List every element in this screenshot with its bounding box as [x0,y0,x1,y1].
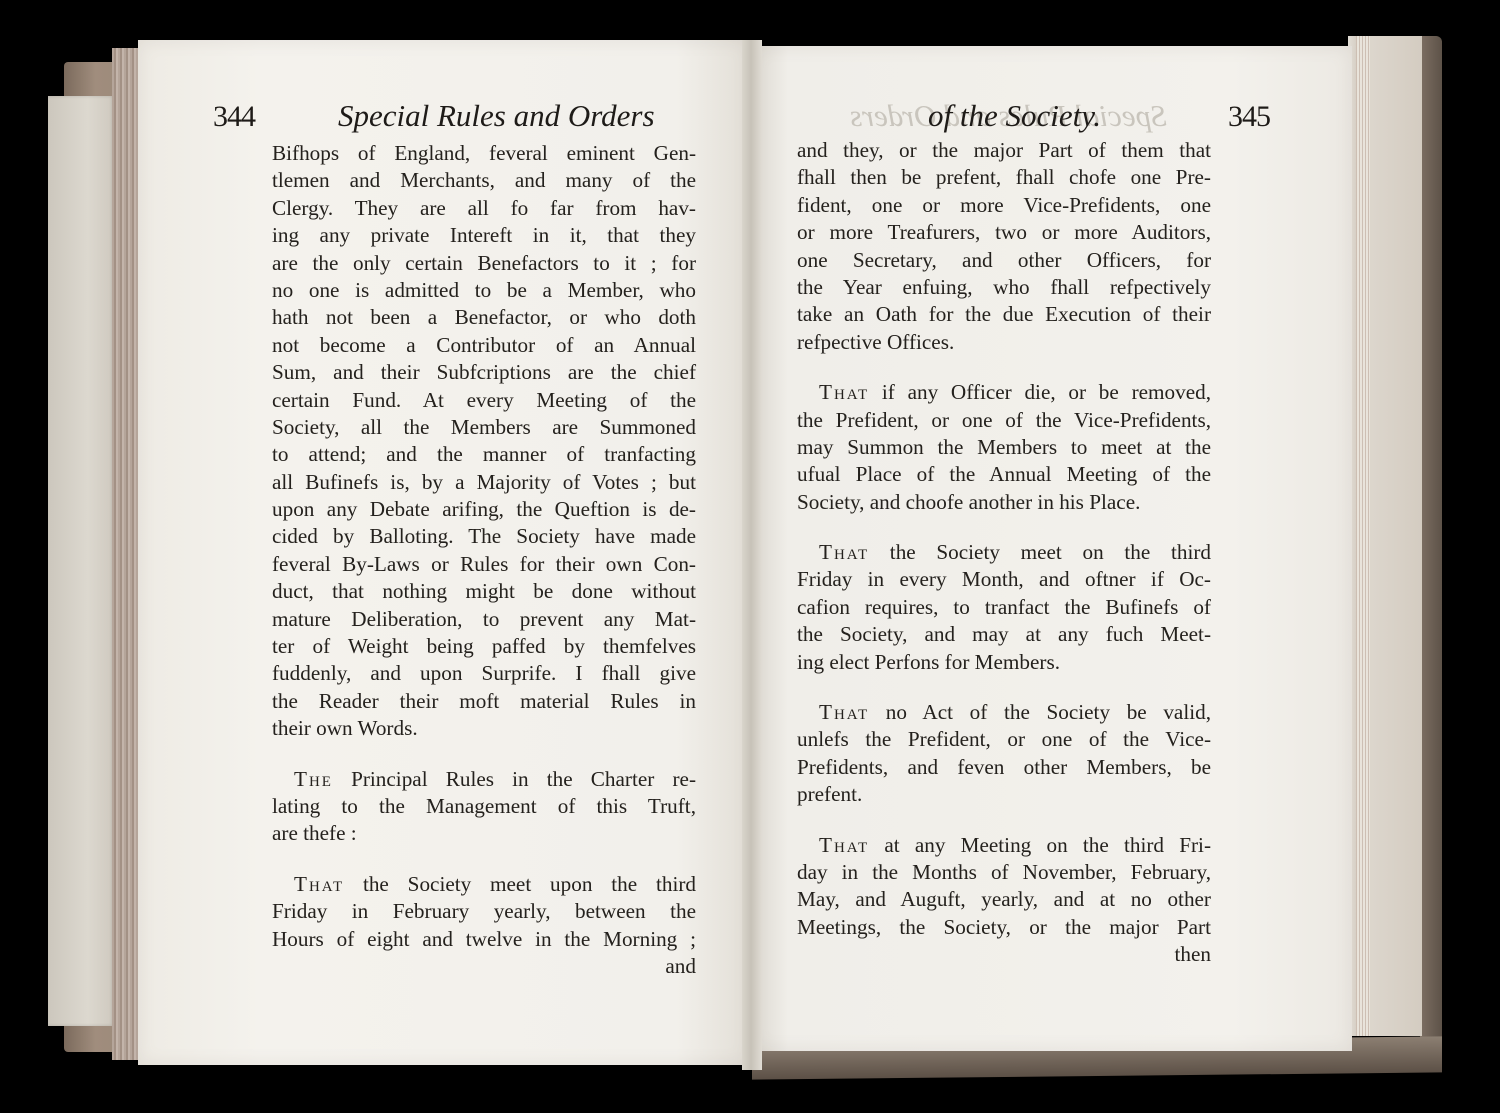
text-line: to attend; and the manner of tranfacting [272,441,696,468]
text-line: That the Society meet on the third [797,539,1211,566]
text-line: That at any Meeting on the third Fri- [797,832,1211,859]
text-line: refpective Offices. [797,329,1211,356]
gutter [742,40,762,1070]
text-line: day in the Months of November, February, [797,859,1211,886]
paragraph: That if any Officer die, or be removed, … [797,379,1211,516]
text-line: May, and Auguft, yearly, and at no other [797,886,1211,913]
text-line: cided by Balloting. The Society have mad… [272,523,696,550]
text-line: That the Society meet upon the third [272,871,696,898]
text-line: Meetings, the Society, or the major Part [797,914,1211,941]
text-run: Principal Rules in the Charter re- [333,767,696,791]
small-caps-lead: That [819,540,869,564]
text-run: if any Officer die, or be removed, [869,380,1211,404]
text-line: Bifhops of England, feveral eminent Gen- [272,140,696,167]
text-line: Hours of eight and twelve in the Morning… [272,926,696,953]
text-line: tlemen and Merchants, and many of the [272,167,696,194]
text-line: upon any Debate arifing, the Queftion is… [272,496,696,523]
text-line: the Prefident, or one of the Vice-Prefid… [797,407,1211,434]
paragraph: The Principal Rules in the Charter re- l… [272,766,696,848]
text-line: ing any private Intereft in it, that the… [272,222,696,249]
text-line: lating to the Management of this Truft, [272,793,696,820]
right-page-edges [1348,36,1422,1036]
text-line: the Society, and may at any fuch Meet- [797,621,1211,648]
text-line: cafion requires, to tranfact the Bufinef… [797,594,1211,621]
right-running-title: of the Society. [928,98,1101,134]
text-line: Sum, and their Subfcriptions are the chi… [272,359,696,386]
text-line: That if any Officer die, or be removed, [797,379,1211,406]
paragraph: That the Society meet upon the third Fri… [272,871,696,981]
text-line: unlefs the Prefident, or one of the Vice… [797,726,1211,753]
text-line: mature Deliberation, to prevent any Mat- [272,606,696,633]
text-line: Society, and choofe another in his Place… [797,489,1211,516]
small-caps-lead: The [294,767,333,791]
text-line: Friday in February yearly, between the [272,898,696,925]
left-text-block: Bifhops of England, feveral eminent Gen-… [272,140,696,980]
right-page-number: 345 [1228,100,1270,134]
text-line: and they, or the major Part of them that [797,137,1211,164]
text-line: fident, one or more Vice-Prefidents, one [797,192,1211,219]
text-run: no Act of the Society be valid, [869,700,1211,724]
catchword: and [272,953,696,980]
text-line: the Year enfuing, who fhall refpectively [797,274,1211,301]
left-page-number: 344 [213,100,255,134]
text-line: their own Words. [272,715,696,742]
text-line: are the only certain Benefactors to it ;… [272,250,696,277]
text-line: certain Fund. At every Meeting of the [272,387,696,414]
text-line: prefent. [797,781,1211,808]
text-line: not become a Contributor of an Annual [272,332,696,359]
text-run: the Society meet upon the third [344,872,696,896]
text-line: no one is admitted to be a Member, who [272,277,696,304]
text-line: may Summon the Members to meet at the [797,434,1211,461]
text-line: duct, that nothing might be done without [272,578,696,605]
text-line: fuddenly, and upon Surprife. I fhall giv… [272,660,696,687]
small-caps-lead: That [294,872,344,896]
text-line: ter of Weight being paffed by themfelves [272,633,696,660]
paragraph: and they, or the major Part of them that… [797,137,1211,356]
text-line: hath not been a Benefactor, or who doth [272,304,696,331]
right-cover [1420,36,1442,1046]
text-line: Clergy. They are all fo far from hav- [272,195,696,222]
text-line: or more Treafurers, two or more Auditors… [797,219,1211,246]
text-line: ing elect Perfons for Members. [797,649,1211,676]
paragraph: That the Society meet on the third Frida… [797,539,1211,676]
small-caps-lead: That [819,833,869,857]
text-line: Prefidents, and feven other Members, be [797,754,1211,781]
text-line: ufual Place of the Annual Meeting of the [797,461,1211,488]
paragraph: That at any Meeting on the third Fri- da… [797,832,1211,969]
text-line: That no Act of the Society be valid, [797,699,1211,726]
paragraph: That no Act of the Society be valid, unl… [797,699,1211,809]
small-caps-lead: That [819,380,869,404]
paragraph: Bifhops of England, feveral eminent Gen-… [272,140,696,743]
catchword: then [797,941,1211,968]
text-line: one Secretary, and other Officers, for [797,247,1211,274]
left-flyleaf [48,96,114,1026]
left-running-title: Special Rules and Orders [338,98,655,134]
text-line: Friday in every Month, and oftner if Oc- [797,566,1211,593]
text-line: all Bufinefs is, by a Majority of Votes … [272,469,696,496]
text-run: at any Meeting on the third Fri- [869,833,1211,857]
left-page-edges [112,48,140,1060]
text-line: are thefe : [272,820,696,847]
small-caps-lead: That [819,700,869,724]
text-line: The Principal Rules in the Charter re- [272,766,696,793]
text-line: the Reader their moft material Rules in [272,688,696,715]
open-book: 344 Special Rules and Orders Special Rul… [0,0,1500,1113]
text-run: the Society meet on the third [869,540,1211,564]
right-text-block: and they, or the major Part of them that… [797,137,1211,969]
text-line: fhall then be prefent, fhall chofe one P… [797,164,1211,191]
text-line: Society, all the Members are Summoned [272,414,696,441]
text-line: feveral By-Laws or Rules for their own C… [272,551,696,578]
text-line: take an Oath for the due Execution of th… [797,301,1211,328]
